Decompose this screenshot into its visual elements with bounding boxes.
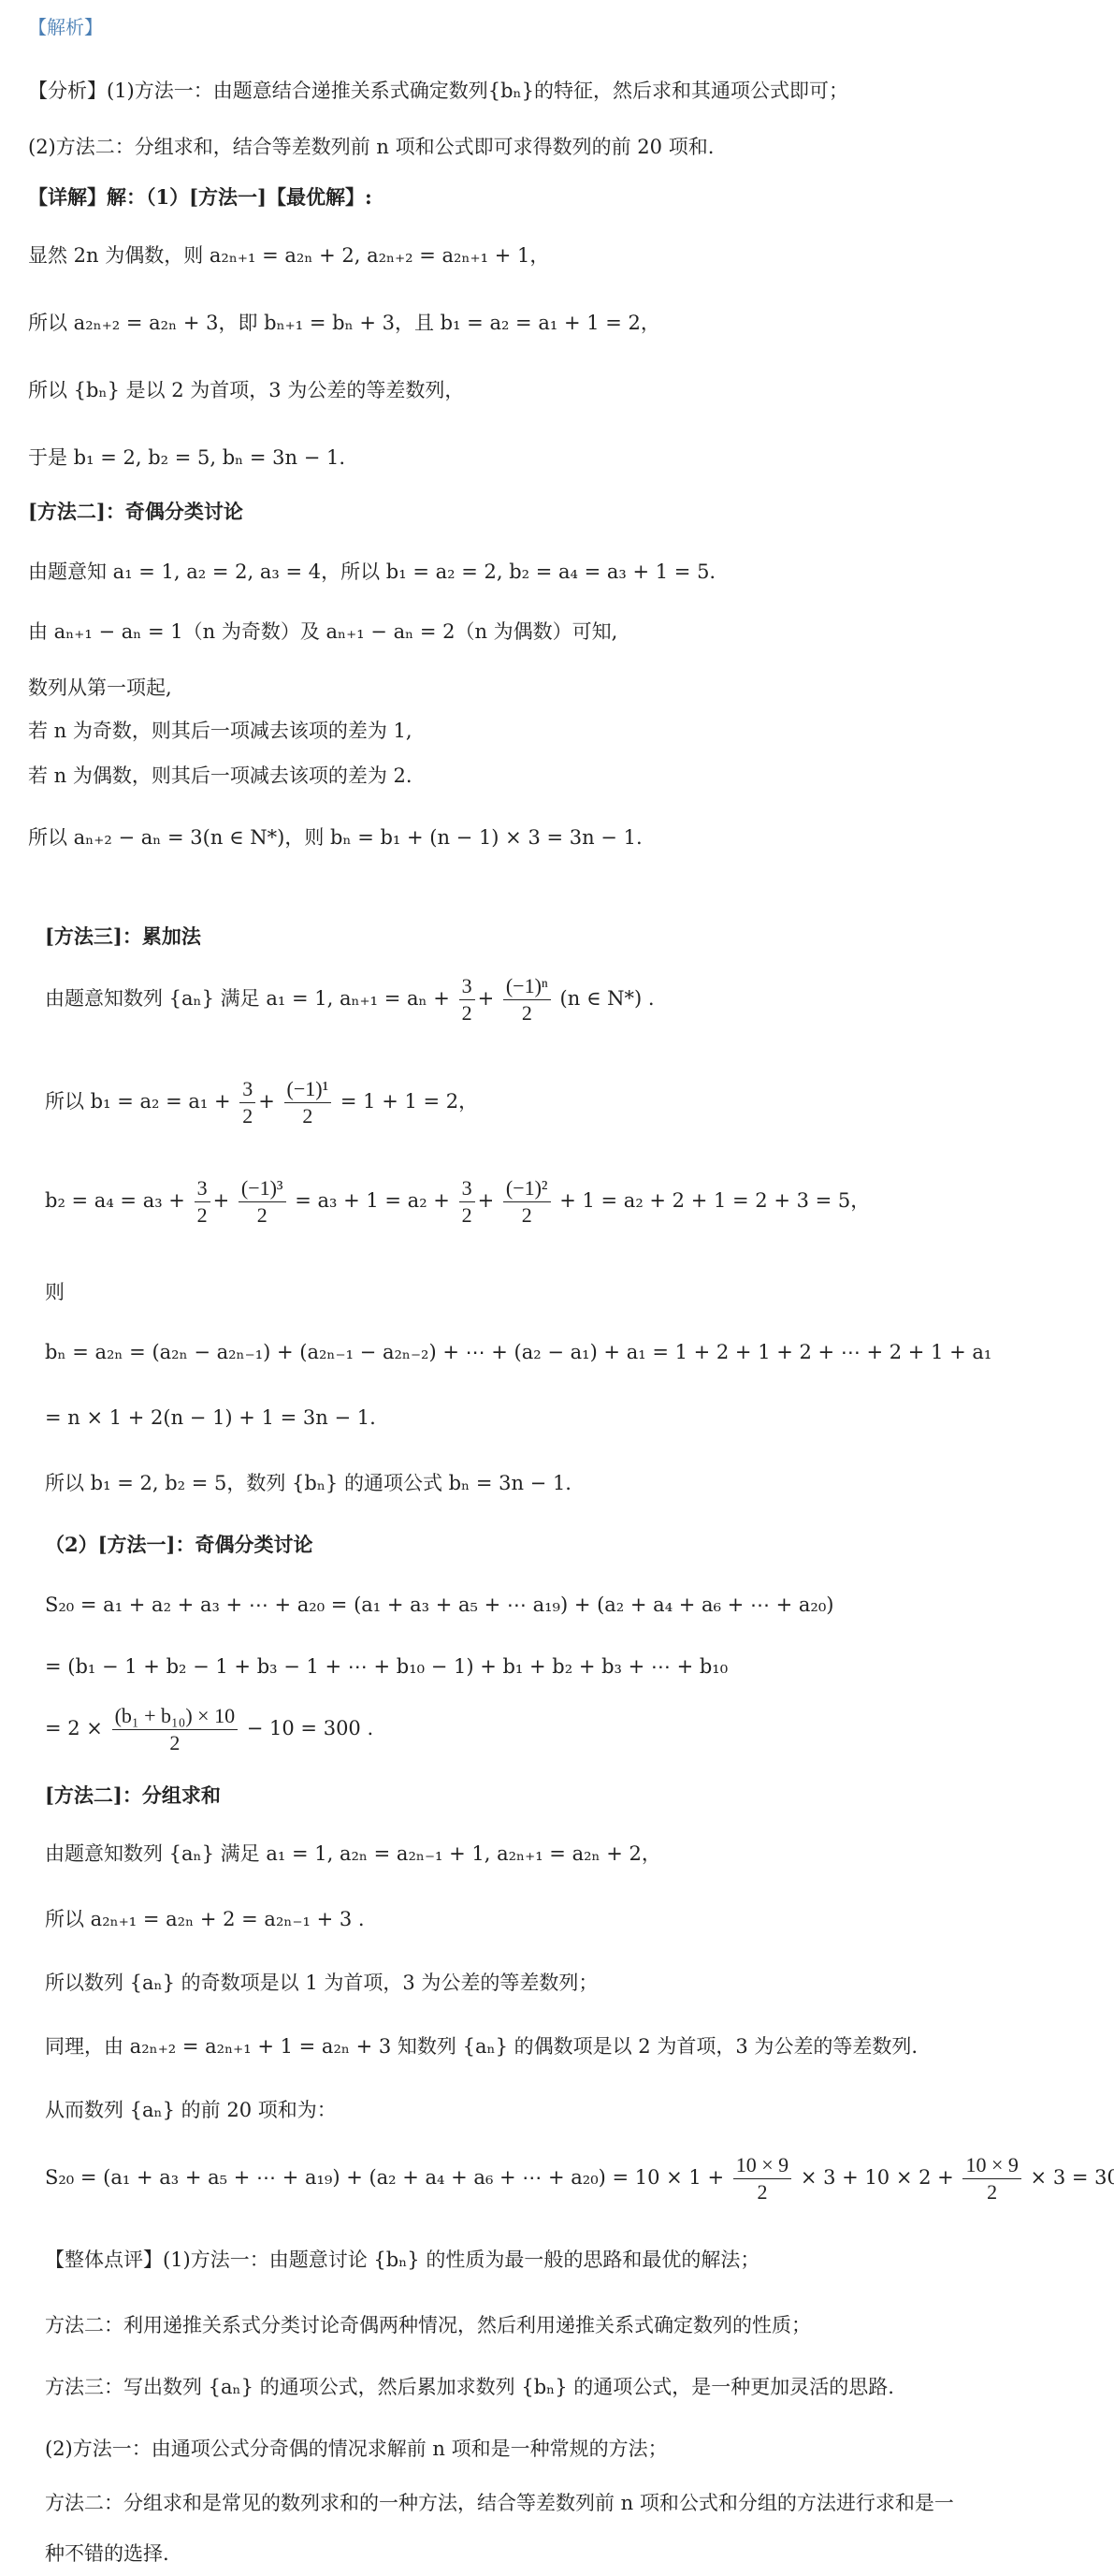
m1-line-3: 所以 {bₙ} 是以 2 为首项，3 为公差的等差数列， bbox=[28, 376, 464, 404]
m3-then: 则 bbox=[45, 1278, 65, 1306]
m2-line-4: 若 n 为奇数，则其后一项减去该项的差为 1, bbox=[28, 717, 412, 745]
m1-line-2: 所以 a₂ₙ₊₂ = a₂ₙ + 3，即 bₙ₊₁ = bₙ + 3，且 b₁ … bbox=[28, 309, 660, 337]
method2-title: [方法二]：奇偶分类讨论 bbox=[28, 498, 243, 526]
review-line-3: 方法三：写出数列 {aₙ} 的通项公式，然后累加求数列 {bₙ} 的通项公式，是… bbox=[45, 2373, 894, 2401]
m3-line-1: 由题意知数列 {aₙ} 满足 a₁ = 1, aₙ₊₁ = aₙ + 32+ (… bbox=[45, 973, 655, 1026]
review-line-2: 方法二：利用递推关系式分类讨论奇偶两种情况，然后利用递推关系式确定数列的性质； bbox=[45, 2311, 811, 2339]
m2-line-2: 由 aₙ₊₁ − aₙ = 1（n 为奇数）及 aₙ₊₁ − aₙ = 2（n … bbox=[28, 618, 617, 646]
m3-line-2: 所以 b₁ = a₂ = a₁ + 32+ (−1)¹2 = 1 + 1 = 2… bbox=[45, 1076, 478, 1129]
p2m2-line-2: 所以 a₂ₙ₊₁ = a₂ₙ + 2 = a₂ₙ₋₁ + 3 . bbox=[45, 1905, 365, 1933]
part2-method1-title: （2）[方法一]：奇偶分类讨论 bbox=[45, 1531, 312, 1559]
fraction: (−1)³2 bbox=[239, 1175, 286, 1229]
analysis-line-2: (2)方法二：分组求和，结合等差数列前 n 项和公式即可求得数列的前 20 项和… bbox=[28, 133, 714, 161]
fraction: 10 × 92 bbox=[962, 2152, 1020, 2205]
part2-method2-title: [方法二]：分组求和 bbox=[45, 1782, 221, 1810]
m3-line-5: = n × 1 + 2(n − 1) + 1 = 3n − 1. bbox=[45, 1404, 376, 1432]
fraction: (b₁ + b₁₀) × 102 bbox=[112, 1703, 238, 1756]
fraction: 32 bbox=[239, 1076, 255, 1129]
review-line-4: (2)方法一：由通项公式分奇偶的情况求解前 n 项和是一种常规的方法； bbox=[45, 2435, 668, 2463]
fraction: (−1)¹2 bbox=[284, 1076, 332, 1129]
review-line-6: 种不错的选择. bbox=[45, 2540, 169, 2568]
p2m2-line-3: 所以数列 {aₙ} 的奇数项是以 1 为首项，3 为公差的等差数列； bbox=[45, 1969, 598, 1997]
fraction: 32 bbox=[195, 1175, 210, 1229]
m1-line-4: 于是 b₁ = 2, b₂ = 5, bₙ = 3n − 1. bbox=[28, 444, 345, 472]
m2-line-3: 数列从第一项起, bbox=[28, 674, 172, 702]
p2m1-line-3: = 2 × (b₁ + b₁₀) × 102 − 10 = 300 . bbox=[45, 1703, 373, 1756]
review-line-1: 【整体点评】(1)方法一：由题意讨论 {bₙ} 的性质为最一般的思路和最优的解法… bbox=[45, 2246, 760, 2274]
p2m2-line-5: 从而数列 {aₙ} 的前 20 项和为： bbox=[45, 2096, 337, 2124]
p2m1-line-1: S₂₀ = a₁ + a₂ + a₃ + ⋯ + a₂₀ = (a₁ + a₃ … bbox=[45, 1591, 833, 1619]
fraction: 32 bbox=[459, 1175, 475, 1229]
method3-title: [方法三]：累加法 bbox=[45, 923, 201, 951]
m2-line-5: 若 n 为偶数，则其后一项减去该项的差为 2. bbox=[28, 762, 412, 790]
m2-line-6: 所以 aₙ₊₂ − aₙ = 3(n ∈ N*)，则 bₙ = b₁ + (n … bbox=[28, 823, 643, 851]
m3-line-3: b₂ = a₄ = a₃ + 32+ (−1)³2 = a₃ + 1 = a₂ … bbox=[45, 1175, 870, 1229]
p2m2-line-1: 由题意知数列 {aₙ} 满足 a₁ = 1, a₂ₙ = a₂ₙ₋₁ + 1, … bbox=[45, 1840, 661, 1868]
section-header-analysis: 【解析】 bbox=[28, 13, 103, 41]
fraction: (−1)²2 bbox=[503, 1175, 551, 1229]
m1-line-1: 显然 2n 为偶数，则 a₂ₙ₊₁ = a₂ₙ + 2, a₂ₙ₊₂ = a₂ₙ… bbox=[28, 241, 549, 269]
p2m1-line-2: = (b₁ − 1 + b₂ − 1 + b₃ − 1 + ⋯ + b₁₀ − … bbox=[45, 1652, 728, 1681]
m3-line-4: bₙ = a₂ₙ = (a₂ₙ − a₂ₙ₋₁) + (a₂ₙ₋₁ − a₂ₙ₋… bbox=[45, 1338, 991, 1366]
m2-line-1: 由题意知 a₁ = 1, a₂ = 2, a₃ = 4，所以 b₁ = a₂ =… bbox=[28, 558, 716, 586]
fraction: (−1)ⁿ2 bbox=[503, 973, 551, 1026]
fraction: 10 × 92 bbox=[733, 2152, 791, 2205]
detail-title: 【详解】解：（1）[方法一]【最优解】: bbox=[28, 183, 372, 211]
analysis-line-1: 【分析】(1)方法一：由题意结合递推关系式确定数列{bₙ}的特征，然后求和其通项… bbox=[28, 77, 848, 105]
m3-line-6: 所以 b₁ = 2, b₂ = 5，数列 {bₙ} 的通项公式 bₙ = 3n … bbox=[45, 1469, 571, 1497]
fraction: 32 bbox=[459, 973, 475, 1026]
review-line-5: 方法二：分组求和是常见的数列求和的一种方法，结合等差数列前 n 项和公式和分组的… bbox=[45, 2489, 954, 2517]
p2m2-line-4: 同理，由 a₂ₙ₊₂ = a₂ₙ₊₁ + 1 = a₂ₙ + 3 知数列 {aₙ… bbox=[45, 2032, 918, 2060]
p2m2-line-6: S₂₀ = (a₁ + a₃ + a₅ + ⋯ + a₁₉) + (a₂ + a… bbox=[45, 2152, 1114, 2205]
